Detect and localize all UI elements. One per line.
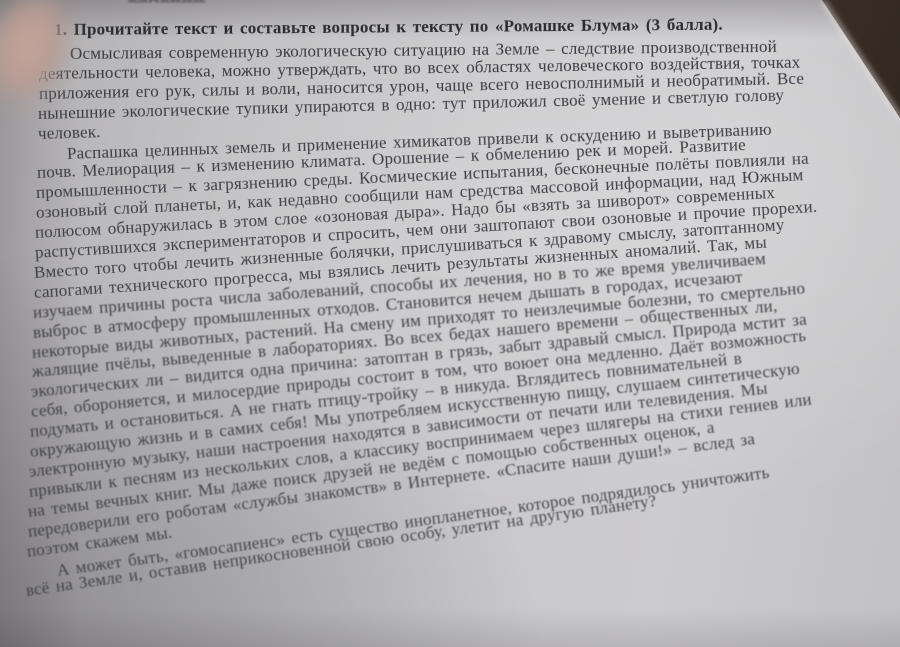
photo-of-worksheet: Задания 1. Прочитайте текст и составьте … (0, 0, 900, 647)
clipped-header-text: Задания (128, 0, 205, 5)
